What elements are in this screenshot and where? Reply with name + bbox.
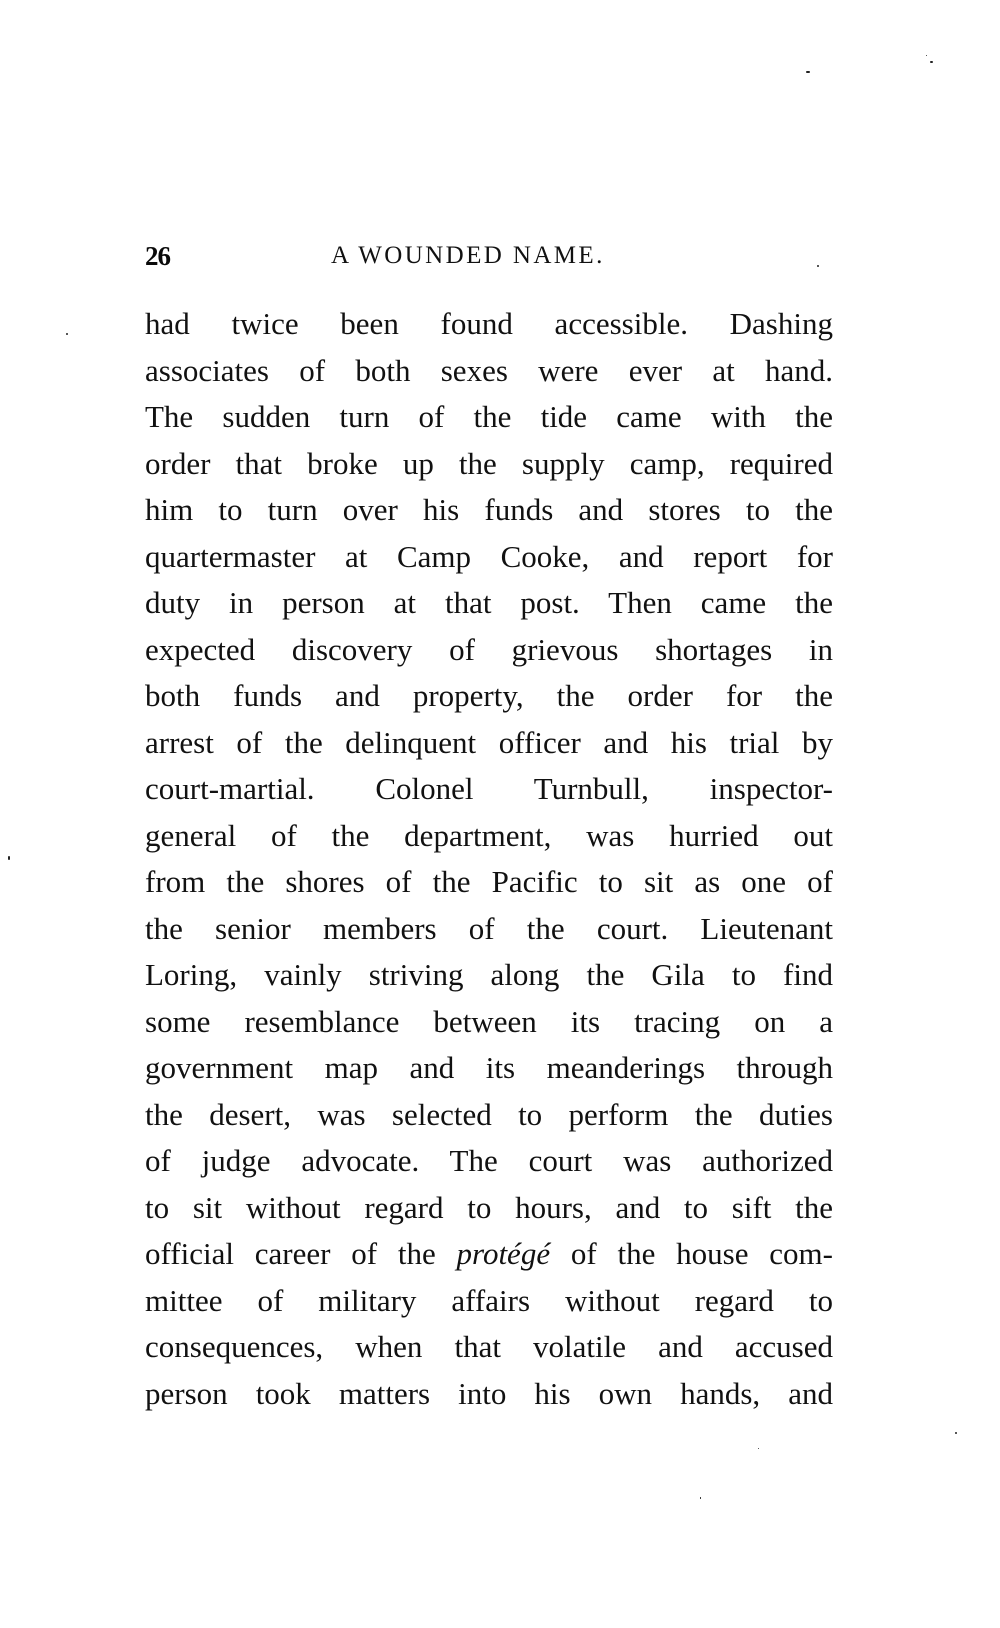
line-text: consequences, when that volatile and acc…: [145, 1329, 833, 1364]
text-line: person took matters into his own hands, …: [145, 1371, 833, 1418]
scan-speck: [955, 1432, 957, 1434]
line-text: mittee of military affairs without regar…: [145, 1283, 833, 1318]
line-text: to sit without regard to hours, and to s…: [145, 1190, 833, 1225]
line-text: The sudden turn of the tide came with th…: [145, 399, 833, 434]
line-text: had twice been found accessible. Dashing: [145, 306, 833, 341]
line-text: of judge advocate. The court was authori…: [145, 1143, 833, 1178]
italic-word: protégé: [457, 1236, 551, 1271]
text-line: official career of the protégé of the ho…: [145, 1231, 833, 1278]
line-text: some resemblance between its tracing on …: [145, 1004, 833, 1039]
text-line: him to turn over his funds and stores to…: [145, 487, 833, 534]
text-line: expected discovery of grievous shortages…: [145, 627, 833, 674]
text-line: duty in person at that post. Then came t…: [145, 580, 833, 627]
line-text: official career of the: [145, 1236, 457, 1271]
scan-speck: [8, 856, 10, 860]
text-line: both funds and property, the order for t…: [145, 673, 833, 720]
line-text: of the house com-: [550, 1236, 833, 1271]
text-line: to sit without regard to hours, and to s…: [145, 1185, 833, 1232]
book-page: 26 A WOUNDED NAME. had twice been found …: [0, 0, 1000, 1628]
scan-speck: [817, 265, 819, 267]
text-line: general of the department, was hurried o…: [145, 813, 833, 860]
line-text: from the shores of the Pacific to sit as…: [145, 864, 833, 899]
scan-speck: [930, 61, 933, 63]
scan-speck: [926, 55, 927, 56]
line-text: quartermaster at Camp Cooke, and report …: [145, 539, 833, 574]
text-line: mittee of military affairs without regar…: [145, 1278, 833, 1325]
line-text: government map and its meanderings throu…: [145, 1050, 833, 1085]
line-text: order that broke up the supply camp, req…: [145, 446, 833, 481]
text-line: quartermaster at Camp Cooke, and report …: [145, 534, 833, 581]
text-line: from the shores of the Pacific to sit as…: [145, 859, 833, 906]
line-text: arrest of the delinquent officer and his…: [145, 725, 833, 760]
body-text: had twice been found accessible. Dashing…: [145, 301, 833, 1417]
line-text: the senior members of the court. Lieuten…: [145, 911, 833, 946]
text-line: The sudden turn of the tide came with th…: [145, 394, 833, 441]
text-line: the senior members of the court. Lieuten…: [145, 906, 833, 953]
scan-speck: [700, 1497, 701, 1499]
line-text: expected discovery of grievous shortages…: [145, 632, 833, 667]
line-text: general of the department, was hurried o…: [145, 818, 833, 853]
running-head: 26 A WOUNDED NAME.: [145, 236, 833, 276]
line-text: Loring, vainly striving along the Gila t…: [145, 957, 833, 992]
text-line: consequences, when that volatile and acc…: [145, 1324, 833, 1371]
text-line: associates of both sexes were ever at ha…: [145, 348, 833, 395]
text-line: the desert, was selected to perform the …: [145, 1092, 833, 1139]
text-line: of judge advocate. The court was authori…: [145, 1138, 833, 1185]
text-line: Loring, vainly striving along the Gila t…: [145, 952, 833, 999]
line-text: both funds and property, the order for t…: [145, 678, 833, 713]
line-text: court-martial. Colonel Turnbull, inspect…: [145, 771, 833, 806]
line-text: the desert, was selected to perform the …: [145, 1097, 833, 1132]
line-text: duty in person at that post. Then came t…: [145, 585, 833, 620]
text-line: some resemblance between its tracing on …: [145, 999, 833, 1046]
text-line: government map and its meanderings throu…: [145, 1045, 833, 1092]
scan-speck: [758, 1448, 759, 1449]
running-title: A WOUNDED NAME.: [331, 236, 605, 276]
line-text: him to turn over his funds and stores to…: [145, 492, 833, 527]
scan-speck: [66, 333, 68, 335]
text-line: court-martial. Colonel Turnbull, inspect…: [145, 766, 833, 813]
page-number: 26: [145, 236, 170, 276]
line-text: associates of both sexes were ever at ha…: [145, 353, 833, 388]
text-line: order that broke up the supply camp, req…: [145, 441, 833, 488]
text-line: had twice been found accessible. Dashing: [145, 301, 833, 348]
scan-speck: [806, 71, 810, 73]
line-text: person took matters into his own hands, …: [145, 1376, 833, 1411]
text-line: arrest of the delinquent officer and his…: [145, 720, 833, 767]
